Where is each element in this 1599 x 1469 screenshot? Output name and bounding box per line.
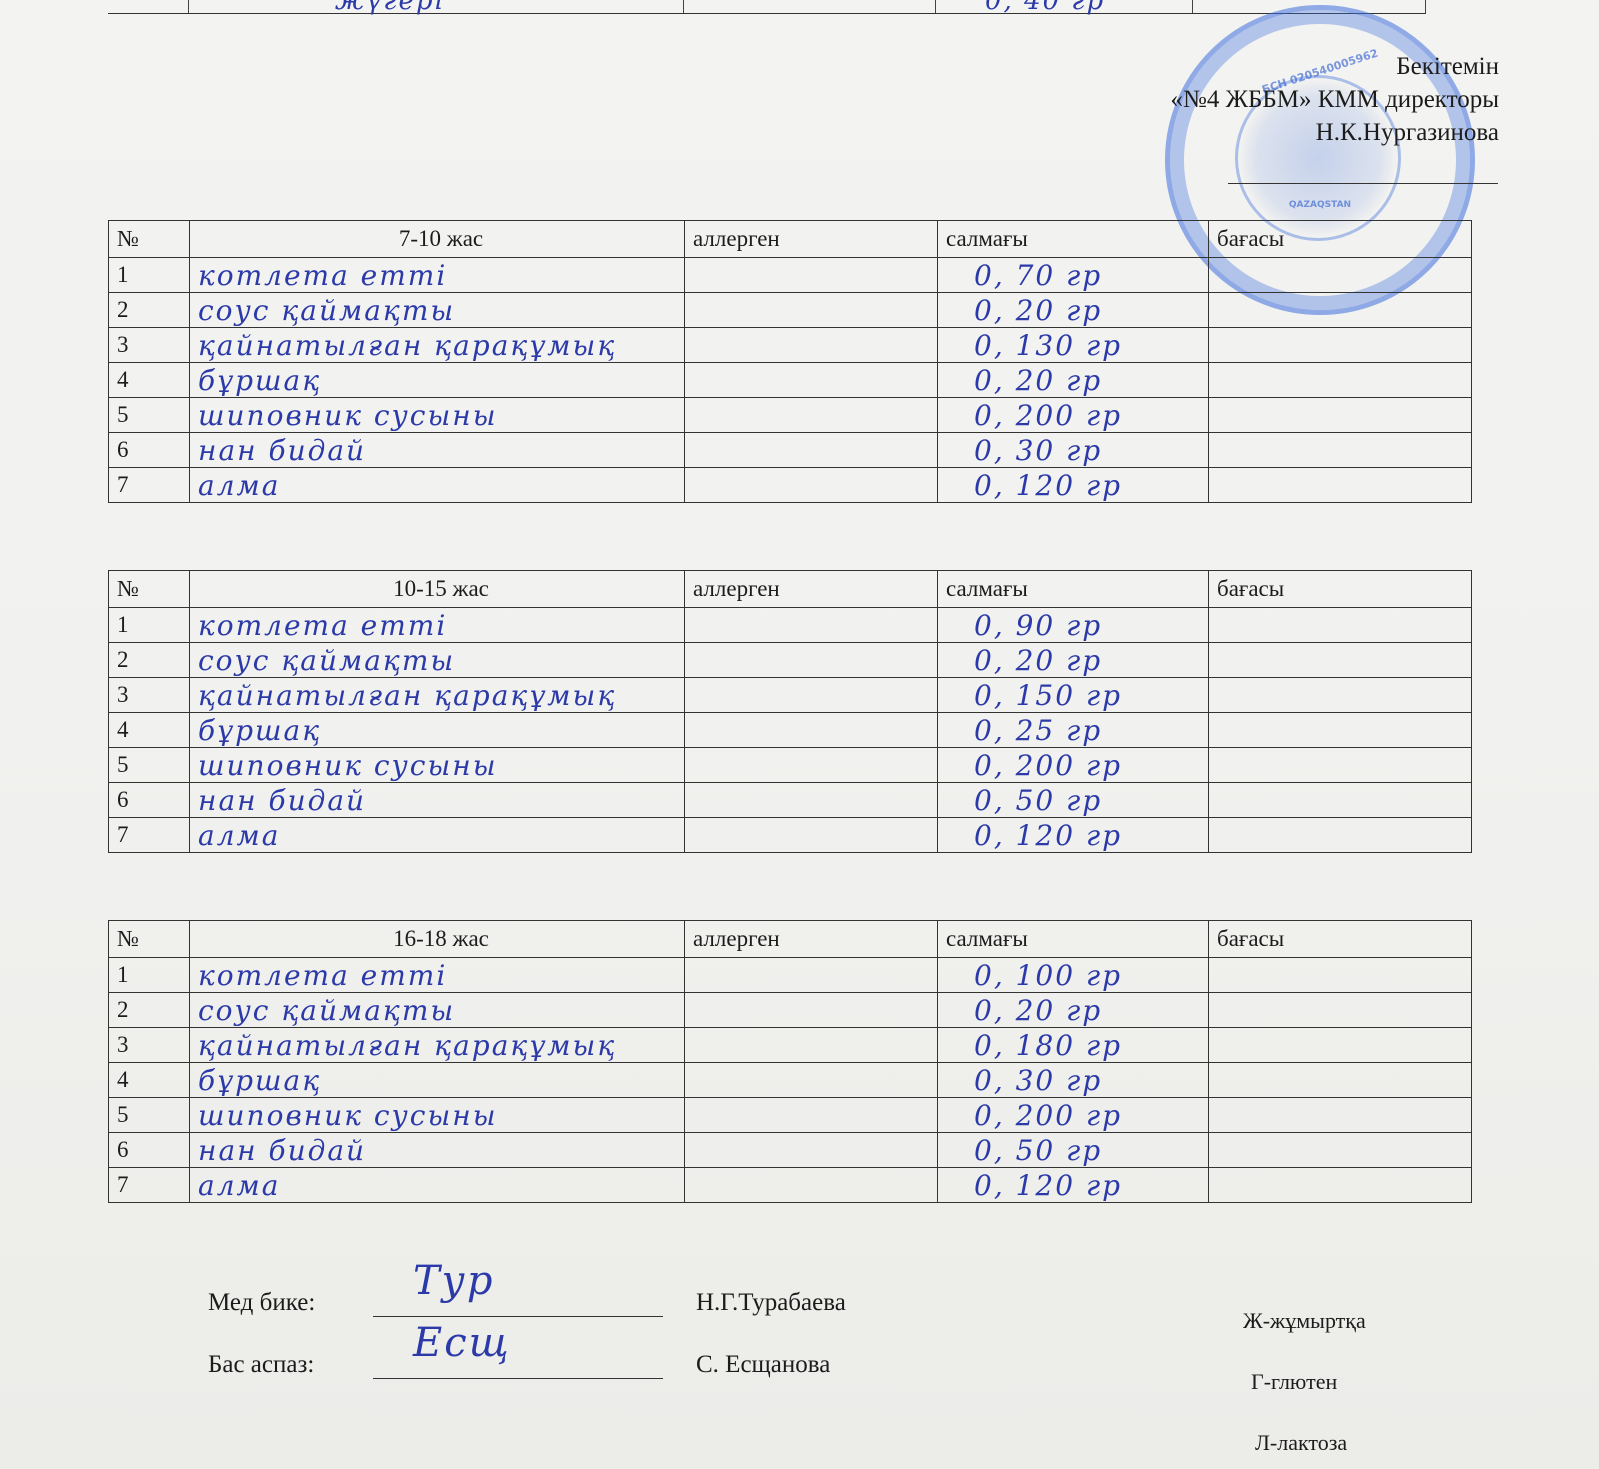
- handwritten-dish: алма: [198, 819, 280, 852]
- header-weight: салмағы: [938, 921, 1209, 958]
- table-row: 4бұршақ0, 20 гр: [109, 363, 1472, 398]
- cell-dish: нан бидай: [190, 1133, 685, 1168]
- handwritten-weight: 0, 200 гр: [946, 399, 1122, 432]
- header-num: №: [109, 221, 190, 258]
- cell-dish: алма: [190, 468, 685, 503]
- cell-allergen: [685, 398, 938, 433]
- approval-org: «№4 ЖББМ» КММ директоры: [1171, 83, 1499, 116]
- cell-num: 6: [109, 433, 190, 468]
- cell-price: [1209, 468, 1472, 503]
- signature-line: Тур: [373, 1286, 663, 1317]
- table-row: 6нан бидай0, 30 гр: [109, 433, 1472, 468]
- handwritten-dish: бұршақ: [198, 714, 321, 747]
- cell-num: 1: [109, 958, 190, 993]
- fragment-dish-handwriting: жүгері: [335, 0, 445, 16]
- handwritten-weight: 0, 30 гр: [946, 434, 1102, 467]
- cell-dish: котлета етті: [190, 958, 685, 993]
- cell-dish: бұршақ: [190, 713, 685, 748]
- signature-nurse: Мед бике: Тур Н.Г.Турабаева: [208, 1286, 846, 1317]
- cell-dish: котлета етті: [190, 258, 685, 293]
- cell-allergen: [685, 713, 938, 748]
- stamp-emblem-text: QAZAQSTAN: [1170, 200, 1470, 210]
- handwritten-weight: 0, 20 гр: [946, 644, 1102, 677]
- handwritten-dish: котлета етті: [198, 259, 447, 292]
- header-allergen: аллерген: [685, 921, 938, 958]
- menu-table-7-10: №7-10 жасаллергенсалмағыбағасы1котлета е…: [108, 220, 1472, 503]
- cell-weight: 0, 20 гр: [938, 643, 1209, 678]
- cell-allergen: [685, 1063, 938, 1098]
- cell-num: 2: [109, 643, 190, 678]
- cell-price: [1209, 433, 1472, 468]
- cell-dish: соус қаймақты: [190, 643, 685, 678]
- handwritten-dish: котлета етті: [198, 609, 447, 642]
- cell-num: 1: [109, 258, 190, 293]
- cell-price: [1209, 958, 1472, 993]
- table-header-row: №10-15 жасаллергенсалмағыбағасы: [109, 571, 1472, 608]
- cell-weight: 0, 20 гр: [938, 363, 1209, 398]
- handwritten-dish: бұршақ: [198, 364, 321, 397]
- cell-num: 2: [109, 293, 190, 328]
- legend-item-egg: Ж-жұмыртқа: [1243, 1290, 1366, 1351]
- cell-price: [1209, 398, 1472, 433]
- cell-weight: 0, 130 гр: [938, 328, 1209, 363]
- table-row: 1котлета етті0, 70 гр: [109, 258, 1472, 293]
- handwritten-weight: 0, 90 гр: [946, 609, 1102, 642]
- cell-weight: 0, 50 гр: [938, 783, 1209, 818]
- header-dish: 10-15 жас: [190, 571, 685, 608]
- cell-num: 1: [109, 608, 190, 643]
- cell-num: 7: [109, 468, 190, 503]
- handwritten-dish: котлета етті: [198, 959, 447, 992]
- approval-name: Н.К.Нургазинова: [1171, 116, 1499, 149]
- cell-allergen: [685, 363, 938, 398]
- cell-allergen: [685, 468, 938, 503]
- handwritten-weight: 0, 50 гр: [946, 1134, 1102, 1167]
- header-weight: салмағы: [938, 221, 1209, 258]
- cell-allergen: [685, 1028, 938, 1063]
- table-row: 2соус қаймақты0, 20 гр: [109, 993, 1472, 1028]
- cell-allergen: [685, 818, 938, 853]
- approval-signature-line: [1228, 183, 1498, 184]
- legend-item-gluten: Г-глютен: [1243, 1351, 1366, 1412]
- cell-allergen: [685, 748, 938, 783]
- cell-num: 5: [109, 1098, 190, 1133]
- cell-dish: соус қаймақты: [190, 993, 685, 1028]
- handwritten-dish: шиповник сусыны: [198, 399, 498, 432]
- cell-dish: қайнатылған қарақұмық: [190, 1028, 685, 1063]
- handwritten-weight: 0, 150 гр: [946, 679, 1122, 712]
- cell-price: [1209, 1168, 1472, 1203]
- handwritten-weight: 0, 130 гр: [946, 329, 1122, 362]
- cell-dish: бұршақ: [190, 363, 685, 398]
- cell-weight: 0, 100 гр: [938, 958, 1209, 993]
- header-dish: 7-10 жас: [190, 221, 685, 258]
- approval-block: Бекітемін «№4 ЖББМ» КММ директоры Н.К.Ну…: [1171, 50, 1499, 149]
- cell-dish: алма: [190, 1168, 685, 1203]
- table-row: 5шиповник сусыны0, 200 гр: [109, 748, 1472, 783]
- cell-allergen: [685, 1133, 938, 1168]
- cell-price: [1209, 608, 1472, 643]
- cell-num: 3: [109, 678, 190, 713]
- signature-head-cook: Бас аспаз: Есщ С. Есщанова: [208, 1348, 830, 1379]
- cell-price: [1209, 328, 1472, 363]
- handwritten-dish: нан бидай: [198, 434, 366, 467]
- cell-dish: шиповник сусыны: [190, 398, 685, 433]
- handwritten-dish: шиповник сусыны: [198, 1099, 498, 1132]
- table-header-row: №16-18 жасаллергенсалмағыбағасы: [109, 921, 1472, 958]
- cell-allergen: [685, 608, 938, 643]
- allergen-legend: Ж-жұмыртқа Г-глютен Л-лактоза: [1243, 1290, 1366, 1469]
- header-price: бағасы: [1209, 221, 1472, 258]
- header-num: №: [109, 571, 190, 608]
- cell-dish: шиповник сусыны: [190, 748, 685, 783]
- cell-weight: 0, 200 гр: [938, 398, 1209, 433]
- cell-weight: 0, 25 гр: [938, 713, 1209, 748]
- cell-allergen: [685, 678, 938, 713]
- cell-num: 2: [109, 993, 190, 1028]
- handwritten-weight: 0, 50 гр: [946, 784, 1102, 817]
- handwritten-dish: қайнатылған қарақұмық: [198, 679, 616, 712]
- cell-weight: 0, 70 гр: [938, 258, 1209, 293]
- legend-item-lactose: Л-лактоза: [1243, 1412, 1366, 1469]
- header-allergen: аллерген: [685, 221, 938, 258]
- cell-num: 4: [109, 713, 190, 748]
- handwritten-dish: нан бидай: [198, 1134, 366, 1167]
- handwritten-signature: Есщ: [413, 1320, 511, 1366]
- table-row: 7алма0, 120 гр: [109, 468, 1472, 503]
- handwritten-weight: 0, 25 гр: [946, 714, 1102, 747]
- cell-dish: қайнатылған қарақұмық: [190, 678, 685, 713]
- cell-price: [1209, 783, 1472, 818]
- cell-num: 7: [109, 818, 190, 853]
- cell-price: [1209, 713, 1472, 748]
- handwritten-weight: 0, 180 гр: [946, 1029, 1122, 1062]
- handwritten-dish: нан бидай: [198, 784, 366, 817]
- cell-num: 6: [109, 783, 190, 818]
- table-header-row: №7-10 жасаллергенсалмағыбағасы: [109, 221, 1472, 258]
- cell-num: 5: [109, 398, 190, 433]
- handwritten-weight: 0, 20 гр: [946, 364, 1102, 397]
- handwritten-weight: 0, 120 гр: [946, 469, 1122, 502]
- cell-allergen: [685, 783, 938, 818]
- header-weight: салмағы: [938, 571, 1209, 608]
- cell-allergen: [685, 433, 938, 468]
- cell-dish: бұршақ: [190, 1063, 685, 1098]
- menu-table-10-15: №10-15 жасаллергенсалмағыбағасы1котлета …: [108, 570, 1472, 853]
- cell-dish: қайнатылған қарақұмық: [190, 328, 685, 363]
- cell-num: 6: [109, 1133, 190, 1168]
- handwritten-dish: алма: [198, 469, 280, 502]
- cell-weight: 0, 120 гр: [938, 1168, 1209, 1203]
- fragment-weight-handwriting: 0, 40 гр: [985, 0, 1105, 16]
- table-row: 2соус қаймақты0, 20 гр: [109, 293, 1472, 328]
- table-row: 5шиповник сусыны0, 200 гр: [109, 1098, 1472, 1133]
- cell-price: [1209, 993, 1472, 1028]
- handwritten-signature: Тур: [413, 1258, 495, 1304]
- cell-weight: 0, 200 гр: [938, 1098, 1209, 1133]
- handwritten-dish: қайнатылған қарақұмық: [198, 1029, 616, 1062]
- table-row: 5шиповник сусыны0, 200 гр: [109, 398, 1472, 433]
- cell-allergen: [685, 1168, 938, 1203]
- cell-dish: соус қаймақты: [190, 293, 685, 328]
- signature-name: Н.Г.Турабаева: [696, 1289, 846, 1317]
- cell-num: 4: [109, 363, 190, 398]
- cell-price: [1209, 258, 1472, 293]
- cell-weight: 0, 30 гр: [938, 1063, 1209, 1098]
- header-price: бағасы: [1209, 571, 1472, 608]
- signature-label: Мед бике:: [208, 1289, 373, 1317]
- header-price: бағасы: [1209, 921, 1472, 958]
- cell-price: [1209, 1063, 1472, 1098]
- table-row: 3қайнатылған қарақұмық0, 180 гр: [109, 1028, 1472, 1063]
- table-row: 7алма0, 120 гр: [109, 818, 1472, 853]
- cell-num: 7: [109, 1168, 190, 1203]
- cell-weight: 0, 30 гр: [938, 433, 1209, 468]
- signature-line: Есщ: [373, 1348, 663, 1379]
- cell-price: [1209, 748, 1472, 783]
- table-row: 1котлета етті0, 100 гр: [109, 958, 1472, 993]
- cell-price: [1209, 678, 1472, 713]
- cell-price: [1209, 293, 1472, 328]
- handwritten-weight: 0, 20 гр: [946, 994, 1102, 1027]
- handwritten-weight: 0, 30 гр: [946, 1064, 1102, 1097]
- cell-allergen: [685, 1098, 938, 1133]
- menu-table-16-18: №16-18 жасаллергенсалмағыбағасы1котлета …: [108, 920, 1472, 1203]
- handwritten-weight: 0, 100 гр: [946, 959, 1122, 992]
- signature-label: Бас аспаз:: [208, 1351, 373, 1379]
- handwritten-weight: 0, 70 гр: [946, 259, 1102, 292]
- table-row: 4бұршақ0, 30 гр: [109, 1063, 1472, 1098]
- cell-allergen: [685, 258, 938, 293]
- cell-weight: 0, 20 гр: [938, 293, 1209, 328]
- cell-weight: 0, 50 гр: [938, 1133, 1209, 1168]
- cell-dish: котлета етті: [190, 608, 685, 643]
- cell-weight: 0, 180 гр: [938, 1028, 1209, 1063]
- table-row: 7алма0, 120 гр: [109, 1168, 1472, 1203]
- cell-num: 5: [109, 748, 190, 783]
- handwritten-dish: алма: [198, 1169, 280, 1202]
- handwritten-weight: 0, 20 гр: [946, 294, 1102, 327]
- cell-weight: 0, 120 гр: [938, 468, 1209, 503]
- cell-allergen: [685, 993, 938, 1028]
- handwritten-dish: соус қаймақты: [198, 644, 455, 677]
- table-row: 6нан бидай0, 50 гр: [109, 783, 1472, 818]
- cell-price: [1209, 818, 1472, 853]
- handwritten-dish: қайнатылған қарақұмық: [198, 329, 616, 362]
- cell-dish: шиповник сусыны: [190, 1098, 685, 1133]
- table-row: 4бұршақ0, 25 гр: [109, 713, 1472, 748]
- previous-table-fragment: [108, 0, 1426, 14]
- handwritten-weight: 0, 200 гр: [946, 1099, 1122, 1132]
- header-num: №: [109, 921, 190, 958]
- cell-price: [1209, 1098, 1472, 1133]
- table-row: 2соус қаймақты0, 20 гр: [109, 643, 1472, 678]
- cell-price: [1209, 643, 1472, 678]
- cell-dish: алма: [190, 818, 685, 853]
- cell-price: [1209, 363, 1472, 398]
- cell-weight: 0, 120 гр: [938, 818, 1209, 853]
- cell-num: 4: [109, 1063, 190, 1098]
- cell-price: [1209, 1133, 1472, 1168]
- cell-num: 3: [109, 328, 190, 363]
- cell-dish: нан бидай: [190, 783, 685, 818]
- table-row: 6нан бидай0, 50 гр: [109, 1133, 1472, 1168]
- table-row: 3қайнатылған қарақұмық0, 130 гр: [109, 328, 1472, 363]
- cell-allergen: [685, 643, 938, 678]
- cell-allergen: [685, 328, 938, 363]
- handwritten-weight: 0, 120 гр: [946, 819, 1122, 852]
- handwritten-weight: 0, 120 гр: [946, 1169, 1122, 1202]
- cell-num: 3: [109, 1028, 190, 1063]
- header-dish: 16-18 жас: [190, 921, 685, 958]
- handwritten-dish: шиповник сусыны: [198, 749, 498, 782]
- cell-allergen: [685, 293, 938, 328]
- cell-weight: 0, 20 гр: [938, 993, 1209, 1028]
- approval-title: Бекітемін: [1171, 50, 1499, 83]
- cell-weight: 0, 150 гр: [938, 678, 1209, 713]
- cell-allergen: [685, 958, 938, 993]
- signature-name: С. Есщанова: [696, 1351, 830, 1379]
- handwritten-weight: 0, 200 гр: [946, 749, 1122, 782]
- handwritten-dish: соус қаймақты: [198, 994, 455, 1027]
- table-row: 1котлета етті0, 90 гр: [109, 608, 1472, 643]
- handwritten-dish: соус қаймақты: [198, 294, 455, 327]
- cell-price: [1209, 1028, 1472, 1063]
- cell-weight: 0, 90 гр: [938, 608, 1209, 643]
- handwritten-dish: бұршақ: [198, 1064, 321, 1097]
- cell-weight: 0, 200 гр: [938, 748, 1209, 783]
- cell-dish: нан бидай: [190, 433, 685, 468]
- header-allergen: аллерген: [685, 571, 938, 608]
- table-row: 3қайнатылған қарақұмық0, 150 гр: [109, 678, 1472, 713]
